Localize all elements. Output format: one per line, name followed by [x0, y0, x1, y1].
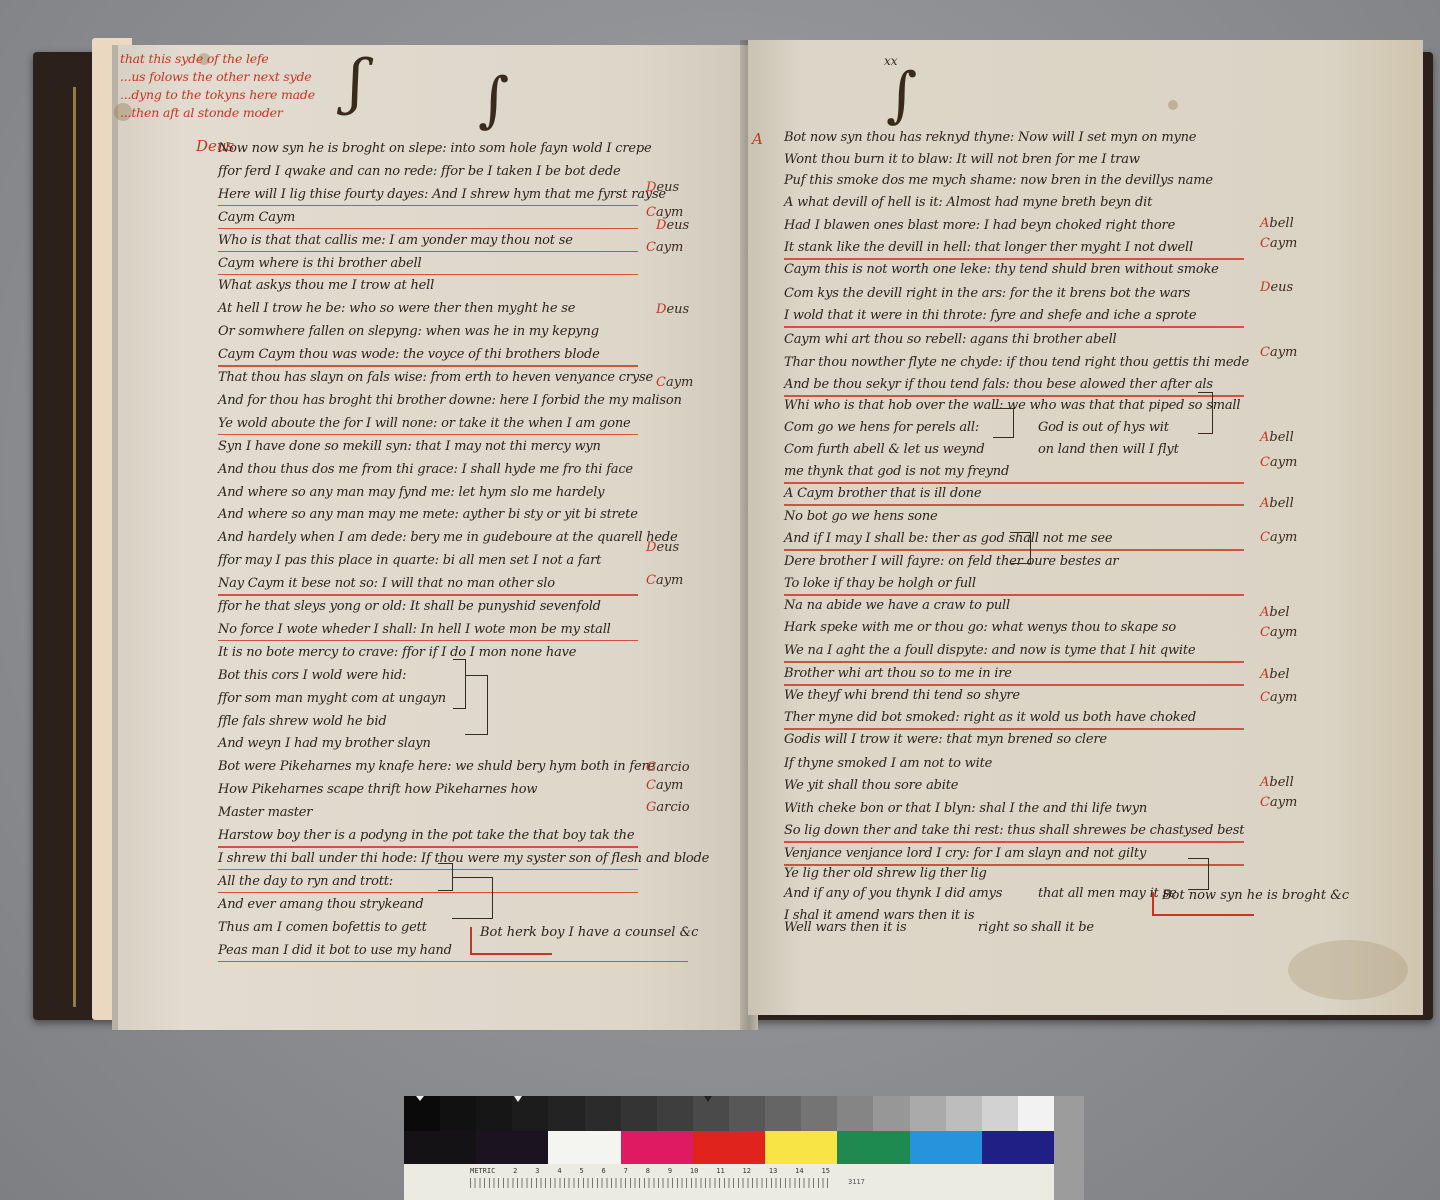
speaker-label: Abell [1260, 430, 1294, 445]
manuscript-line: Venjance venjance lord I cry: for I am s… [784, 846, 1146, 861]
rubric-rule [784, 395, 1244, 397]
ruler-number: 8 [646, 1167, 650, 1175]
speaker-label: Abell [1260, 496, 1294, 511]
catchword: Bot now syn he is broght &c [1162, 888, 1349, 903]
rubric-rule [784, 684, 1244, 686]
ascender-flourish: ∫ [886, 60, 917, 130]
speaker-label: Abell [1260, 775, 1294, 790]
manuscript-line: Caym whi art thou so rebell: agans thi b… [784, 332, 1117, 347]
manuscript-line: We theyf whi brend thi tend so shyre [784, 688, 1020, 703]
metric-ruler: METRIC23456789101112131415 3117 [404, 1164, 1054, 1200]
rubric-rule [784, 482, 1244, 484]
ruler-number: 3 [535, 1167, 539, 1175]
rhyme-bracket [438, 863, 453, 891]
manuscript-line: To loke if thay be holgh or full [784, 576, 976, 591]
manuscript-line: Who is that that callis me: I am yonder … [218, 233, 573, 248]
manuscript-line: Nay Caym it bese not so: I will that no … [218, 576, 555, 591]
gray-step [404, 1096, 440, 1131]
rubric-rule [218, 274, 638, 276]
manuscript-line: ffor ferd I qwake and can no rede: ffor … [218, 164, 620, 179]
rubric-rule [784, 258, 1244, 260]
manuscript-line: Na na abide we have a craw to pull [784, 598, 1010, 613]
rubric-rule [784, 594, 1244, 596]
manuscript-line: right so shall it be [978, 920, 1094, 935]
color-patch [693, 1131, 765, 1164]
gray-step [548, 1096, 584, 1131]
manuscript-line: Ther myne did bot smoked: right as it wo… [784, 710, 1196, 725]
marker-triangle [416, 1096, 424, 1101]
manuscript-line: And where so any man may me mete: ayther… [218, 507, 638, 522]
manuscript-line: It stank like the devill in hell: that l… [784, 240, 1193, 255]
color-patch [910, 1131, 982, 1164]
gray-step [946, 1096, 982, 1131]
manuscript-line: What askys thou me I trow at hell [218, 278, 434, 293]
speaker-label: Caym [1260, 795, 1297, 810]
manuscript-line: Master master [218, 805, 312, 820]
marker-triangle [704, 1096, 712, 1102]
speaker-label: Caym [646, 240, 683, 255]
manuscript-line: And for thou has broght thi brother down… [218, 393, 682, 408]
manuscript-line: I shrew thi ball under thi hode: If thou… [218, 851, 709, 866]
ruler-number: 10 [690, 1167, 698, 1175]
gray-step [585, 1096, 621, 1131]
manuscript-line: Caym where is thi brother abell [218, 256, 421, 271]
ruler-number: 5 [579, 1167, 583, 1175]
ruler-number: 6 [602, 1167, 606, 1175]
manuscript-line: Wont thou burn it to blaw: It will not b… [784, 152, 1140, 167]
speaker-label: Deus [656, 302, 689, 317]
manuscript-line: Harstow boy ther is a podyng in the pot … [218, 828, 634, 843]
manuscript-line: I wold that it were in thi throte: fyre … [784, 308, 1196, 323]
manuscript-line: God is out of hys wit [1038, 420, 1169, 435]
rubric-rule [218, 434, 638, 436]
manuscript-line: Thar thou nowther flyte ne chyde: if tho… [784, 355, 1249, 370]
manuscript-line: ffor he that sleys yong or old: It shall… [218, 599, 601, 614]
color-patch [476, 1131, 548, 1164]
manuscript-line: At hell I trow he be: who so were ther t… [218, 301, 575, 316]
manuscript-line: And if any of you thynk I did amys [784, 886, 1002, 901]
rubric-rule [218, 205, 638, 207]
manuscript-line: No bot go we hens sone [784, 509, 937, 524]
color-patch [765, 1131, 837, 1164]
speaker-label: Abel [1260, 605, 1290, 620]
gray-step [440, 1096, 476, 1131]
rubric-line: that this syde of the lefe [120, 51, 269, 66]
rubric-line: ...dyng to the tokyns here made [120, 87, 315, 102]
manuscript-line: We yit shall thou sore abite [784, 778, 958, 793]
rubric-rule [218, 640, 638, 642]
rubric-rule [218, 961, 688, 963]
rubric-rule [784, 841, 1244, 843]
speaker-label: Caym [656, 375, 693, 390]
manuscript-line: And weyn I had my brother slayn [218, 736, 431, 751]
gray-step [801, 1096, 837, 1131]
ascender-flourish: ʃ [348, 47, 364, 117]
color-calibration-target: METRIC23456789101112131415 3117 [404, 1096, 1054, 1200]
gray-step [476, 1096, 512, 1131]
gray-step [621, 1096, 657, 1131]
ruler-ticks [470, 1178, 830, 1188]
manuscript-line: me thynk that god is not my freynd [784, 464, 1009, 479]
speaker-label: Abell [1260, 216, 1294, 231]
gray-step [982, 1096, 1018, 1131]
ruler-number: 13 [769, 1167, 777, 1175]
manuscript-line: Bot this cors I wold were hid: [218, 668, 406, 683]
rhyme-bracket [452, 877, 493, 919]
manuscript-line: Bot were Pikeharnes my knafe here: we sh… [218, 759, 655, 774]
rubric-rule [218, 892, 638, 894]
speaker-label: Caym [1260, 236, 1297, 251]
speaker-label: Caym [1260, 690, 1297, 705]
ruler-number: 14 [795, 1167, 803, 1175]
manuscript-line: Thus am I comen bofettis to gett [218, 920, 427, 935]
rubric-rule [218, 365, 638, 367]
manuscript-line: Ye lig ther old shrew lig ther lig [784, 866, 987, 881]
rubric-speaker-mark: A [752, 130, 763, 148]
catchword: Bot herk boy I have a counsel &c [480, 925, 698, 940]
speaker-label: Deus [656, 218, 689, 233]
rhyme-bracket [465, 675, 488, 735]
rhyme-bracket [1010, 532, 1031, 564]
ruler-numbers: METRIC23456789101112131415 [470, 1167, 830, 1175]
manuscript-line: And ever amang thou strykeand [218, 897, 424, 912]
marker-triangle [514, 1096, 522, 1102]
speaker-label: Deus [646, 540, 679, 555]
gray-step [873, 1096, 909, 1131]
ruler-number: 2 [513, 1167, 517, 1175]
target-edge [1054, 1096, 1084, 1200]
rubric-rule [784, 326, 1244, 328]
rubric-rule [218, 846, 638, 848]
ruler-number: 7 [624, 1167, 628, 1175]
manuscript-line: Well wars then it is [784, 920, 906, 935]
manuscript-line: Caym this is not worth one leke: thy ten… [784, 262, 1219, 277]
manuscript-line: Brother whi art thou so to me in ire [784, 666, 1012, 681]
manuscript-line: Puf this smoke dos me mych shame: now br… [784, 173, 1213, 188]
speaker-label: Caym [646, 778, 683, 793]
manuscript-line: on land then will I flyt [1038, 442, 1179, 457]
gray-step [729, 1096, 765, 1131]
speaker-label: Caym [1260, 345, 1297, 360]
speaker-label: Caym [1260, 455, 1297, 470]
manuscript-line: Caym Caym thou was wode: the voyce of th… [218, 347, 600, 362]
gray-step [837, 1096, 873, 1131]
manuscript-line: We na I aght the a foull dispyte: and no… [784, 643, 1195, 658]
rubric-rule [218, 251, 638, 253]
stain [1168, 100, 1178, 110]
manuscript-line: Here will I lig thise fourty dayes: And … [218, 187, 666, 202]
color-patch [404, 1131, 476, 1164]
manuscript-line: ffor may I pas this place in quarte: bi … [218, 553, 601, 568]
manuscript-line: No force I wote wheder I shall: In hell … [218, 622, 611, 637]
manuscript-line: And thou thus dos me from thi grace: I s… [218, 462, 633, 477]
manuscript-line: And if I may I shall be: ther as god sha… [784, 531, 1112, 546]
manuscript-line: Ye wold aboute the for I will none: or t… [218, 416, 631, 431]
manuscript-line: That thou has slayn on fals wise: from e… [218, 370, 653, 385]
gray-step [1018, 1096, 1054, 1131]
rhyme-bracket [1188, 858, 1209, 890]
manuscript-line: Godis will I trow it were: that myn bren… [784, 732, 1107, 747]
ruler-number: 9 [668, 1167, 672, 1175]
speaker-label: Caym [1260, 625, 1297, 640]
manuscript-line: Com furth abell & let us weynd [784, 442, 985, 457]
gray-step [657, 1096, 693, 1131]
speaker-label: Garcio [646, 800, 690, 815]
speaker-label: Deus [646, 180, 679, 195]
right-page: xx ∫ A Bot now syn thou has reknyd thyne… [748, 40, 1423, 1015]
color-patch [548, 1131, 620, 1164]
ruler-number: 15 [821, 1167, 829, 1175]
manuscript-line: Peas man I did it bot to use my hand [218, 943, 452, 958]
gray-step [910, 1096, 946, 1131]
manuscript-line: If thyne smoked I am not to wite [784, 756, 992, 771]
rubric-rule [218, 594, 638, 596]
manuscript-line: Com go we hens for perels all: [784, 420, 979, 435]
rubric-rule [784, 504, 1244, 506]
manuscript-line: Dere brother I will fayre: on feld ther … [784, 554, 1118, 569]
manuscript-line: A Caym brother that is ill done [784, 486, 981, 501]
grayscale-strip [404, 1096, 1054, 1131]
manuscript-line: Or somwhere fallen on slepyng: when was … [218, 324, 599, 339]
manuscript-line: Caym Caym [218, 210, 295, 225]
manuscript-line: Syn I have done so mekill syn: that I ma… [218, 439, 601, 454]
color-patch [621, 1131, 693, 1164]
manuscript-line: Now now syn he is broght on slepe: into … [218, 141, 652, 156]
ruler-number: 4 [557, 1167, 561, 1175]
ruler-number: 12 [743, 1167, 751, 1175]
manuscript-line: Bot now syn thou has reknyd thyne: Now w… [784, 130, 1196, 145]
manuscript-line: And hardely when I am dede: bery me in g… [218, 530, 678, 545]
rubric-line: ...us folows the other next syde [120, 69, 311, 84]
speaker-label: Caym [646, 573, 683, 588]
manuscript-line: And where so any man may fynd me: let hy… [218, 485, 604, 500]
manuscript-line: Hark speke with me or thou go: what weny… [784, 620, 1176, 635]
speaker-label: Caym [1260, 530, 1297, 545]
manuscript-line: So lig down ther and take thi rest: thus… [784, 823, 1244, 838]
manuscript-line: Had I blawen ones blast more: I had beyn… [784, 218, 1175, 233]
color-patch [982, 1131, 1054, 1164]
ascender-flourish: ∫ [478, 65, 509, 135]
rhyme-bracket [1198, 392, 1213, 434]
manuscript-line: ffle fals shrew wold he bid [218, 714, 387, 729]
color-patch-strip [404, 1131, 1054, 1164]
speaker-label: Deus [1260, 280, 1293, 295]
water-stain [1288, 940, 1408, 1000]
rubric-rule [784, 661, 1244, 663]
manuscript-line: And be thou sekyr if thou tend fals: tho… [784, 377, 1213, 392]
speaker-label: Garcio [646, 760, 690, 775]
rubric-rule [218, 228, 638, 230]
rubric-line: ...then aft al stonde moder [120, 105, 283, 120]
target-id: 3117 [848, 1178, 865, 1186]
ruler-label: METRIC [470, 1167, 495, 1175]
left-page: that this syde of the lefe...us folows t… [112, 45, 758, 1030]
rubric-rule [218, 869, 638, 871]
speaker-label: Abel [1260, 667, 1290, 682]
rubric-rule [784, 728, 1244, 730]
rhyme-bracket [993, 408, 1014, 438]
manuscript-line: With cheke bon or that I blyn: shal I th… [784, 801, 1147, 816]
manuscript-line: ffor som man myght com at ungayn [218, 691, 446, 706]
ruler-number: 11 [716, 1167, 724, 1175]
manuscript-line: Com kys the devill right in the ars: for… [784, 286, 1190, 301]
manuscript-line: How Pikeharnes scape thrift how Pikeharn… [218, 782, 537, 797]
color-patch [837, 1131, 909, 1164]
gilt-tooling-line [73, 87, 76, 1007]
manuscript-line: All the day to ryn and trott: [218, 874, 393, 889]
manuscript-line: A what devill of hell is it: Almost had … [784, 195, 1152, 210]
gray-step [765, 1096, 801, 1131]
manuscript-line: It is no bote mercy to crave: ffor if I … [218, 645, 576, 660]
